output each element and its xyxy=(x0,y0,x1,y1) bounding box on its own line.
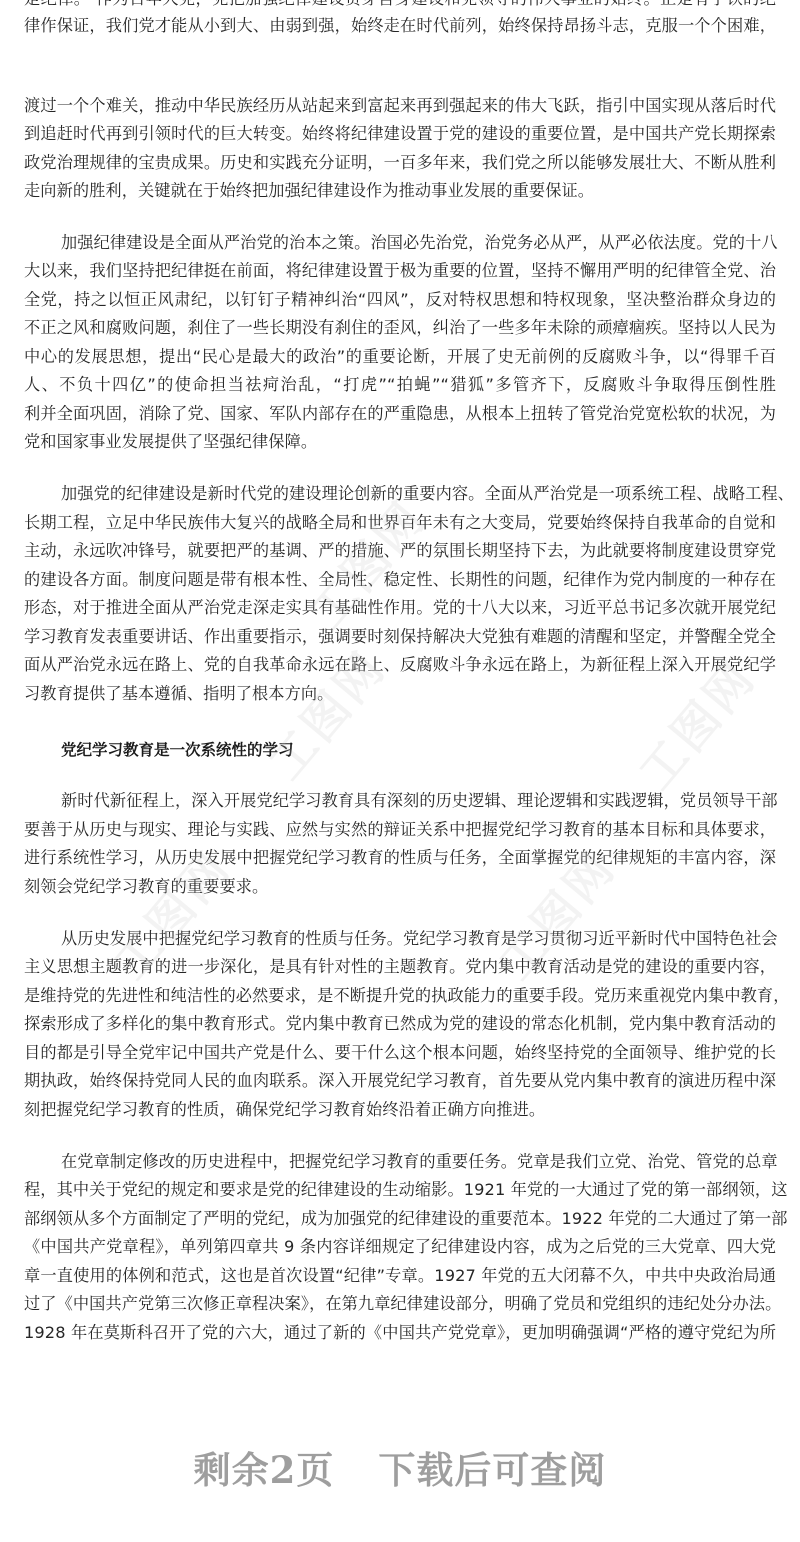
text-line: 律作保证，我们党才能从小到大、由弱到强，始终走在时代前列，始终保持昂扬斗志，克服… xyxy=(24,16,776,36)
download-to-view-label: 下载后可查阅 xyxy=(378,1448,606,1492)
download-prompt[interactable]: 剩余2页下载后可查阅 xyxy=(0,1440,800,1494)
text-line: 在党章制定修改的历史进程中，把握党纪学习教育的重要任务。党章是我们立党、治党、管… xyxy=(61,1152,776,1172)
text-line: 人、不负十四亿”的使命担当祛疴治乱，“打虎”“拍蝇”“猎狐”多管齐下，反腐败斗争… xyxy=(24,375,776,395)
watermark-text: 工图网 xyxy=(292,484,439,641)
text-line: 过了《中国共产党第三次修正章程决案》，在第九章纪律建设部分，明确了党员和党组织的… xyxy=(24,1294,776,1314)
text-line: 《中国共产党章程》，单列第四章共 9 条内容详细规定了纪律建设内容，成为之后党的… xyxy=(24,1237,776,1257)
text-line: 从历史发展中把握党纪学习教育的性质与任务。党纪学习教育是学习贯彻习近平新时代中国… xyxy=(61,929,776,949)
text-line: 中心的发展思想，提出“民心是最大的政治”的重要论断，开展了史无前例的反腐败斗争，… xyxy=(24,347,776,367)
text-line: 刻把握党纪学习教育的性质，确保党纪学习教育始终沿着正确方向推进。 xyxy=(24,1100,776,1120)
text-line: 党和国家事业发展提供了坚强纪律保障。 xyxy=(24,432,776,452)
text-line: 是维持党的先进性和纯洁性的必然要求，是不断提升党的执政能力的重要手段。党历来重视… xyxy=(24,986,776,1006)
text-line: 程，其中关于党纪的规定和要求是党的纪律建设的生动缩影。1921 年党的一大通过了… xyxy=(24,1180,776,1200)
text-line: 1928 年在莫斯科召开了党的六大，通过了新的《中国共产党党章》，更加明确强调“… xyxy=(24,1323,776,1343)
text-line: 全党，持之以恒正风肃纪，以钉钉子精神纠治“四风”，反对特权思想和特权现象，坚决整… xyxy=(24,290,776,310)
document-page: 是纪律。 作为百年大党，党把加强纪律建设贯穿自身建设和党领导的伟大事业的始终。正… xyxy=(0,0,800,1542)
text-line: 进行系统性学习，从历史发展中把握党纪学习教育的性质与任务，全面掌握党的纪律规矩的… xyxy=(24,848,776,868)
text-line: 的建设各方面。制度问题是带有根本性、全局性、稳定性、长期性的问题，纪律作为党内制… xyxy=(24,570,776,590)
text-line: 利并全面巩固，消除了党、国家、军队内部存在的严重隐患，从根本上扭转了管党治党宽松… xyxy=(24,404,776,424)
text-line: 政党治理规律的宝贵成果。历史和实践充分证明，一百多年来，我们党之所以能够发展壮大… xyxy=(24,153,776,173)
text-line: 章一直使用的体例和范式，这也是首次设置“纪律”专章。1927 年党的五大闭幕不久… xyxy=(24,1266,776,1286)
text-line: 加强党的纪律建设是新时代党的建设理论创新的重要内容。全面从严治党是一项系统工程、… xyxy=(61,484,776,504)
text-line: 刻领会党纪学习教育的重要要求。 xyxy=(24,877,776,897)
text-line: 是纪律。 作为百年大党，党把加强纪律建设贯穿自身建设和党领导的伟大事业的始终。正… xyxy=(24,0,776,9)
text-line: 目的都是引导全党牢记中国共产党是什么、要干什么这个根本问题，始终坚持党的全面领导… xyxy=(24,1043,776,1063)
section-heading: 党纪学习教育是一次系统性的学习 xyxy=(61,740,294,760)
text-line: 大以来，我们坚持把纪律挺在前面，将纪律建设置于极为重要的位置，坚持不懈用严明的纪… xyxy=(24,261,776,281)
text-line: 学习教育发表重要讲话、作出重要指示，强调要时刻保持解决大党独有难题的清醒和坚定，… xyxy=(24,627,776,647)
text-line: 长期工程，立足中华民族伟大复兴的战略全局和世界百年未有之大变局，党要始终保持自我… xyxy=(24,513,776,533)
text-line: 面从严治党永远在路上、党的自我革命永远在路上、反腐败斗争永远在路上，为新征程上深… xyxy=(24,655,776,675)
text-line: 主义思想主题教育的进一步深化，是具有针对性的主题教育。党内集中教育活动是党的建设… xyxy=(24,957,776,977)
text-line: 期执政，始终保持党同人民的血肉联系。深入开展党纪学习教育，首先要从党内集中教育的… xyxy=(24,1071,776,1091)
text-line: 探索形成了多样化的集中教育形式。党内集中教育已然成为党的建设的常态化机制，党内集… xyxy=(24,1014,776,1034)
text-line: 加强纪律建设是全面从严治党的治本之策。治国必先治党，治党务必从严，从严必依法度。… xyxy=(61,233,776,253)
text-line: 新时代新征程上，深入开展党纪学习教育具有深刻的历史逻辑、理论逻辑和实践逻辑，党员… xyxy=(61,791,776,811)
text-line: 渡过一个个难关，推动中华民族经历从站起来到富起来再到强起来的伟大飞跃，指引中国实… xyxy=(24,96,776,116)
text-line: 走向新的胜利，关键就在于始终把加强纪律建设作为推动事业发展的重要保证。 xyxy=(24,181,776,201)
text-line: 部纲领从多个方面制定了严明的党纪，成为加强党的纪律建设的重要范本。1922 年党… xyxy=(24,1209,776,1229)
text-line: 不正之风和腐败问题，刹住了一些长期没有刹住的歪风，纠治了一些多年未除的顽瘴痼疾。… xyxy=(24,318,776,338)
text-line: 主动，永远吹冲锋号，就要把严的基调、严的措施、严的氛围长期坚持下去，为此就要将制… xyxy=(24,541,776,561)
text-line: 要善于从历史与现实、理论与实践、应然与实然的辩证关系中把握党纪学习教育的基本目标… xyxy=(24,820,776,840)
text-line: 到追赶时代再到引领时代的巨大转变。始终将纪律建设置于党的建设的重要位置，是中国共… xyxy=(24,124,776,144)
text-line: 习教育提供了基本遵循、指明了根本方向。 xyxy=(24,684,776,704)
text-line: 形态，对于推进全面从严治党走深走实具有基础性作用。党的十八大以来，习近平总书记多… xyxy=(24,598,776,618)
remaining-pages-label: 剩余2页 xyxy=(194,1448,335,1492)
